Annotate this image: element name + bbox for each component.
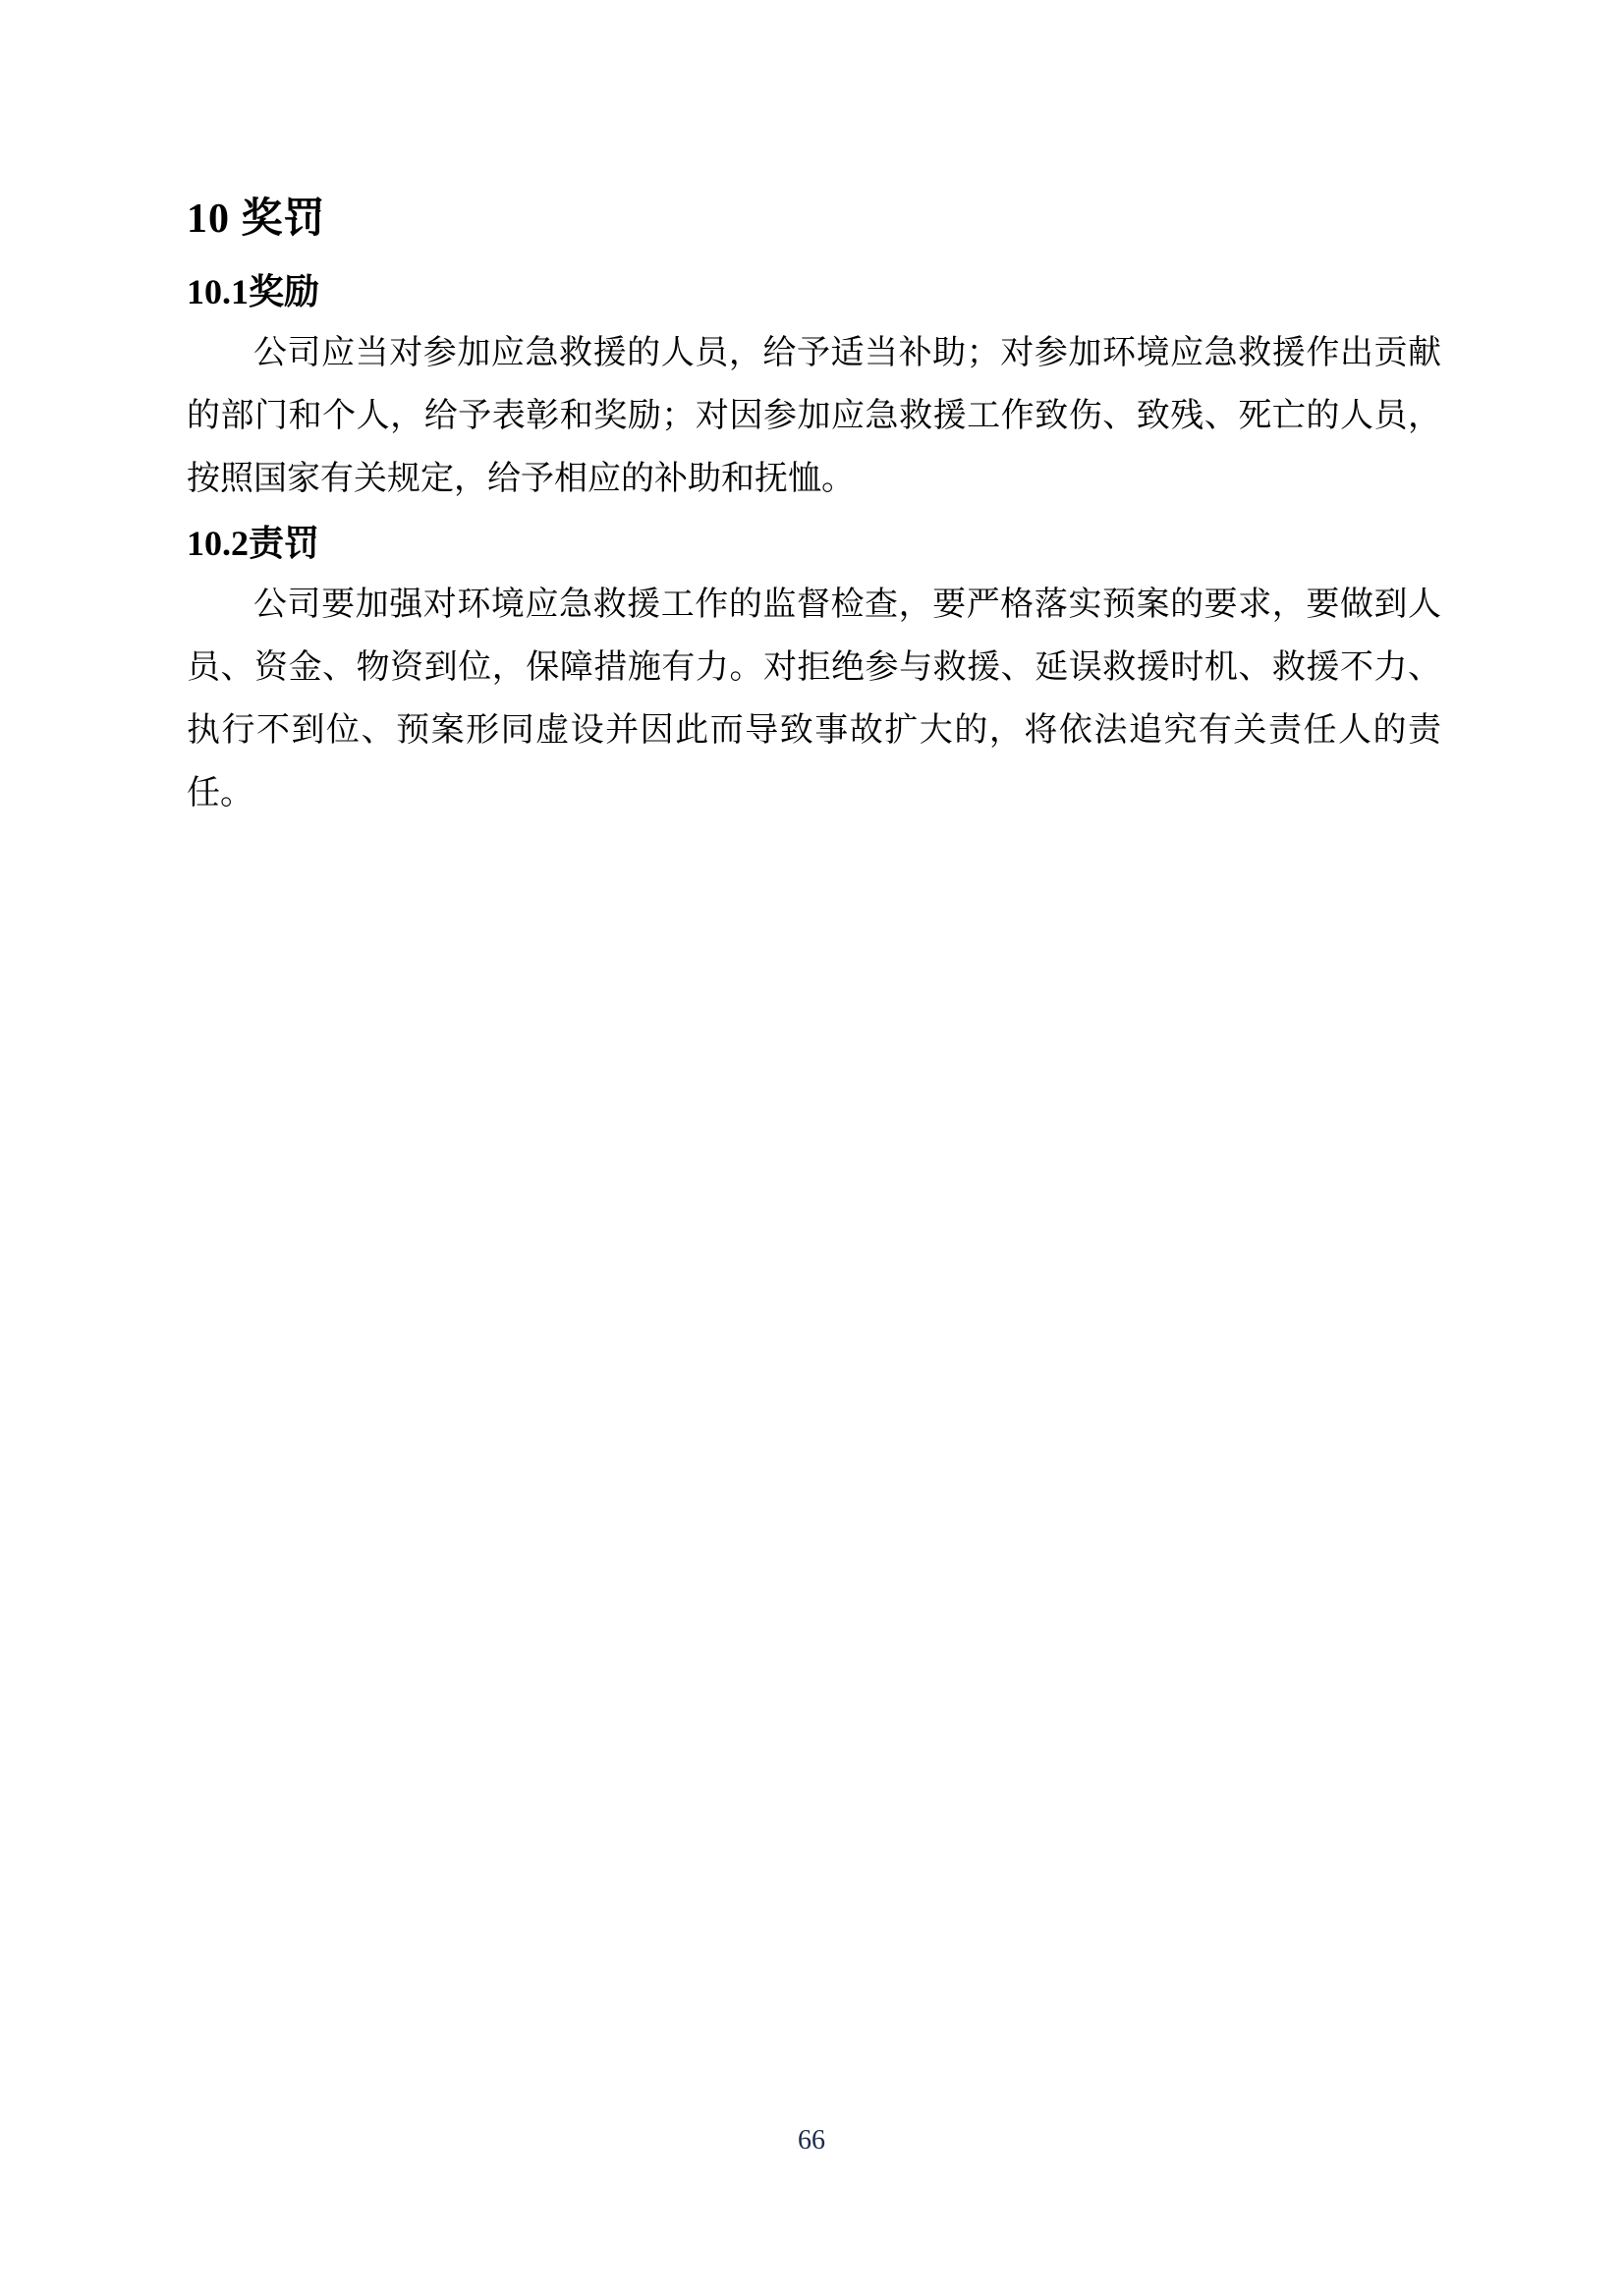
document-content: 10 奖罚 10.1奖励 公司应当对参加应急救援的人员，给予适当补助；对参加环境… <box>187 193 1441 835</box>
paragraph-reward: 公司应当对参加应急救援的人员，给予适当补助；对参加环境应急救援作出贡献的部门和个… <box>187 322 1441 511</box>
page-number: 66 <box>0 2124 1623 2157</box>
document-page: 10 奖罚 10.1奖励 公司应当对参加应急救援的人员，给予适当补助；对参加环境… <box>0 0 1623 2296</box>
section-heading: 10 奖罚 <box>187 193 1441 246</box>
subsection-heading-reward: 10.1奖励 <box>187 269 1441 314</box>
subsection-heading-punishment: 10.2责罚 <box>187 521 1441 566</box>
paragraph-punishment: 公司要加强对环境应急救援工作的监督检查，要严格落实预案的要求，要做到人员、资金、… <box>187 574 1441 825</box>
